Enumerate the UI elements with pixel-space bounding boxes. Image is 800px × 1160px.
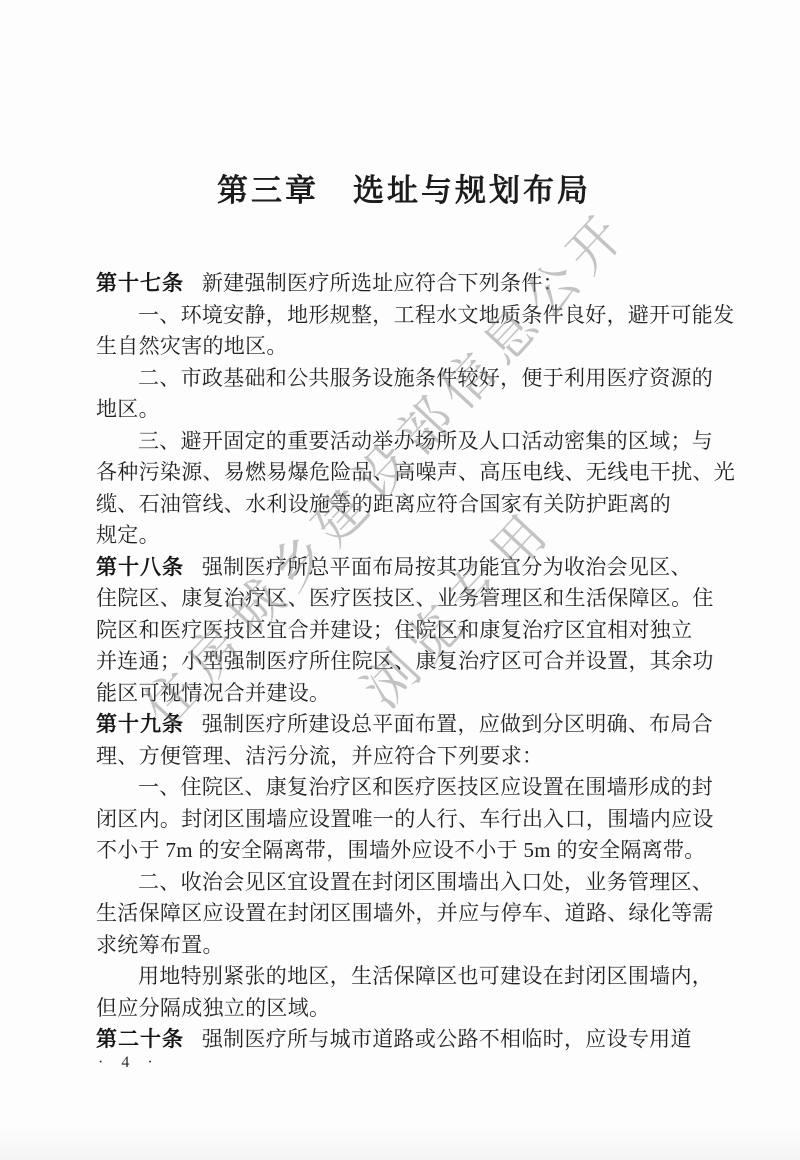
text-line: 用地特别紧张的地区，生活保障区也可建设在封闭区围墙内，	[96, 961, 716, 993]
text-line: 并连通；小型强制医疗所住院区、康复治疗区可合并设置，其余功	[96, 646, 716, 678]
document-page: 第三章 选址与规划布局 第十七条新建强制医疗所选址应符合下列条件：一、环境安静，…	[0, 0, 800, 1160]
text-line: 规定。	[96, 520, 716, 552]
article-number: 第十七条	[96, 272, 184, 295]
text-line: 三、避开固定的重要活动举办场所及人口活动密集的区域；与	[96, 426, 716, 458]
text-line: 院区和医疗医技区宜合并建设；住院区和康复治疗区宜相对独立	[96, 615, 716, 647]
page-number: · 4 ·	[98, 1054, 160, 1072]
text-line: 第十七条新建强制医疗所选址应符合下列条件：	[96, 268, 716, 300]
article-number: 第二十条	[96, 1028, 184, 1051]
article-number: 第十八条	[96, 556, 184, 579]
text-line: 能区可视情况合并建设。	[96, 678, 716, 710]
text-line: 住院区、康复治疗区、医疗医技区、业务管理区和生活保障区。住	[96, 583, 716, 615]
text-line: 第十八条强制医疗所总平面布局按其功能宜分为收治会见区、	[96, 552, 716, 584]
text-line: 第二十条强制医疗所与城市道路或公路不相临时，应设专用道	[96, 1024, 716, 1056]
text-line: 缆、石油管线、水利设施等的距离应符合国家有关防护距离的	[96, 489, 716, 521]
text-line: 但应分隔成独立的区域。	[96, 993, 716, 1025]
text-line: 二、收治会见区宜设置在封闭区围墙出入口处，业务管理区、	[96, 867, 716, 899]
text-line: 地区。	[96, 394, 716, 426]
chapter-heading: 第三章 选址与规划布局	[96, 165, 712, 210]
text-line: 一、环境安静，地形规整，工程水文地质条件良好，避开可能发	[96, 300, 716, 332]
text-line: 各种污染源、易燃易爆危险品、高噪声、高压电线、无线电干扰、光	[96, 457, 716, 489]
text-line: 生自然灾害的地区。	[96, 331, 716, 363]
text-body: 第十七条新建强制医疗所选址应符合下列条件：一、环境安静，地形规整，工程水文地质条…	[96, 268, 716, 1056]
article-number: 第十九条	[96, 713, 184, 736]
text-line: 不小于 7m 的安全隔离带，围墙外应设不小于 5m 的安全隔离带。	[96, 835, 716, 867]
text-line: 闭区内。封闭区围墙应设置唯一的人行、车行出入口，围墙内应设	[96, 804, 716, 836]
text-line: 生活保障区应设置在封闭区围墙外，并应与停车、道路、绿化等需	[96, 898, 716, 930]
text-line: 求统筹布置。	[96, 930, 716, 962]
text-line: 一、住院区、康复治疗区和医疗医技区应设置在围墙形成的封	[96, 772, 716, 804]
text-line: 理、方便管理、洁污分流，并应符合下列要求：	[96, 741, 716, 773]
text-line: 第十九条强制医疗所建设总平面布置，应做到分区明确、布局合	[96, 709, 716, 741]
text-line: 二、市政基础和公共服务设施条件较好，便于利用医疗资源的	[96, 363, 716, 395]
